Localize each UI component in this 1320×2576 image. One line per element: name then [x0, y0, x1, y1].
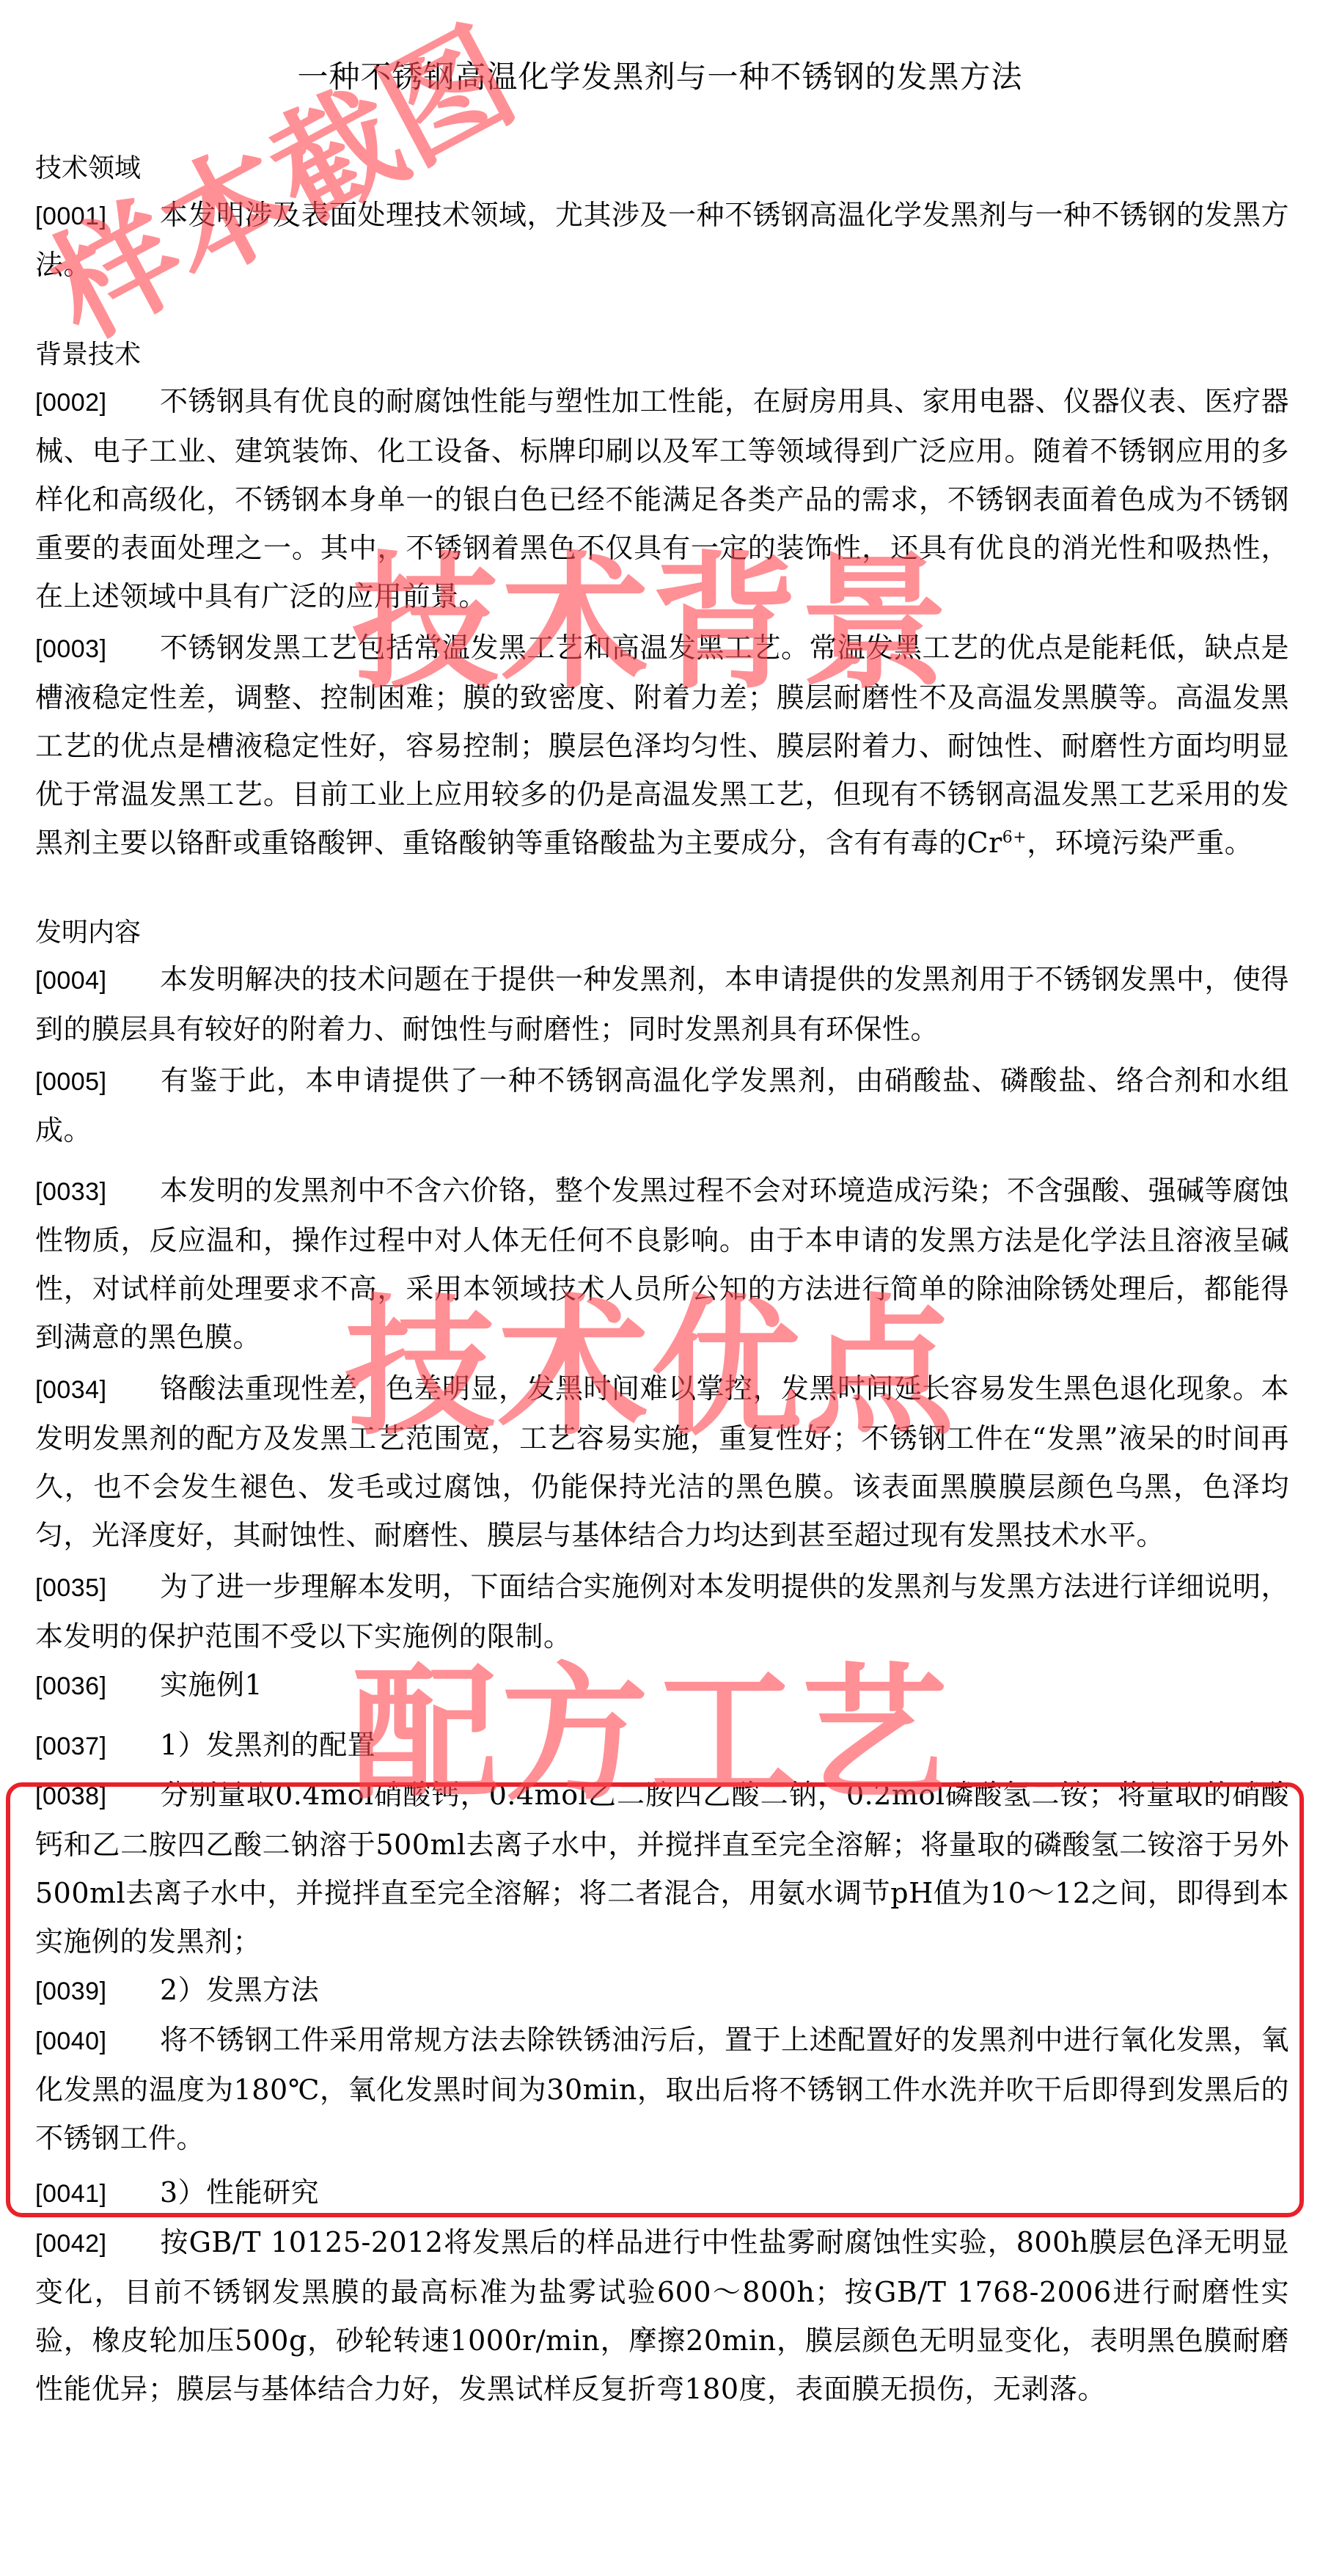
paragraph-text: 本发明的发黑剂中不含六价铬，整个发黑过程不会对环境造成污染；不含强酸、强碱等腐蚀…	[35, 1174, 1289, 1353]
paragraph-0034: [0034]铬酸法重现性差，色差明显，发黑时间难以掌控，发黑时间延长容易发生黑色…	[35, 1364, 1289, 1559]
paragraph-0036: [0036]实施例1	[35, 1661, 1289, 1710]
section-heading-background: 背景技术	[35, 333, 1289, 377]
paragraph-number: [0003]	[35, 625, 160, 673]
paragraph-0005: [0005]有鉴于此，本申请提供了一种不锈钢高温化学发黑剂，由硝酸盐、磷酸盐、络…	[35, 1056, 1289, 1155]
paragraph-0003: [0003]不锈钢发黑工艺包括常温发黑工艺和高温发黑工艺。常温发黑工艺的优点是能…	[35, 623, 1289, 867]
paragraph-text: 有鉴于此，本申请提供了一种不锈钢高温化学发黑剂，由硝酸盐、磷酸盐、络合剂和水组成…	[35, 1064, 1289, 1146]
section-heading-technical-field: 技术领域	[35, 147, 1289, 191]
paragraph-text: 不锈钢具有优良的耐腐蚀性能与塑性加工性能，在厨房用具、家用电器、仪器仪表、医疗器…	[35, 385, 1289, 612]
paragraph-text: 不锈钢发黑工艺包括常温发黑工艺和高温发黑工艺。常温发黑工艺的优点是能耗低，缺点是…	[35, 632, 1289, 859]
paragraph-number: [0037]	[35, 1722, 160, 1771]
paragraph-0035: [0035]为了进一步理解本发明，下面结合实施例对本发明提供的发黑剂与发黑方法进…	[35, 1562, 1289, 1661]
section-heading-invention-content: 发明内容	[35, 911, 1289, 955]
superscript: 6+	[1002, 828, 1027, 846]
paragraph-text: 1）发黑剂的配置	[160, 1729, 375, 1761]
paragraph-number: [0042]	[35, 2220, 160, 2268]
paragraph-text: 为了进一步理解本发明，下面结合实施例对本发明提供的发黑剂与发黑方法进行详细说明，…	[35, 1570, 1289, 1653]
paragraph-number: [0033]	[35, 1168, 160, 1216]
paragraph-text: 本发明解决的技术问题在于提供一种发黑剂，本申请提供的发黑剂用于不锈钢发黑中，使得…	[35, 963, 1289, 1045]
paragraph-number: [0002]	[35, 378, 160, 427]
paragraph-0001: [0001]本发明涉及表面处理技术领域，尤其涉及一种不锈钢高温化学发黑剂与一种不…	[35, 191, 1289, 289]
document-title: 一种不锈钢高温化学发黑剂与一种不锈钢的发黑方法	[0, 53, 1320, 97]
paragraph-0033: [0033]本发明的发黑剂中不含六价铬，整个发黑过程不会对环境造成污染；不含强酸…	[35, 1166, 1289, 1361]
paragraph-0037: [0037]1）发黑剂的配置	[35, 1721, 1289, 1771]
paragraph-number: [0035]	[35, 1564, 160, 1612]
paragraph-text-tail: ，环境污染严重。	[1027, 827, 1253, 859]
paragraph-0042: [0042]按GB/T 10125-2012将发黑后的样品进行中性盐雾耐腐蚀性实…	[35, 2218, 1289, 2413]
paragraph-number: [0034]	[35, 1366, 160, 1414]
paragraph-0002: [0002]不锈钢具有优良的耐腐蚀性能与塑性加工性能，在厨房用具、家用电器、仪器…	[35, 377, 1289, 621]
paragraph-number: [0004]	[35, 956, 160, 1005]
paragraph-0004: [0004]本发明解决的技术问题在于提供一种发黑剂，本申请提供的发黑剂用于不锈钢…	[35, 955, 1289, 1053]
paragraph-text: 实施例1	[160, 1669, 263, 1701]
paragraph-number: [0001]	[35, 192, 160, 241]
paragraph-number: [0036]	[35, 1662, 160, 1710]
red-highlight-frame	[6, 1782, 1304, 2217]
paragraph-text: 按GB/T 10125-2012将发黑后的样品进行中性盐雾耐腐蚀性实验，800h…	[35, 2226, 1289, 2405]
paragraph-number: [0005]	[35, 1058, 160, 1106]
paragraph-text: 本发明涉及表面处理技术领域，尤其涉及一种不锈钢高温化学发黑剂与一种不锈钢的发黑方…	[35, 199, 1289, 281]
paragraph-text: 铬酸法重现性差，色差明显，发黑时间难以掌控，发黑时间延长容易发生黑色退化现象。本…	[35, 1372, 1289, 1551]
